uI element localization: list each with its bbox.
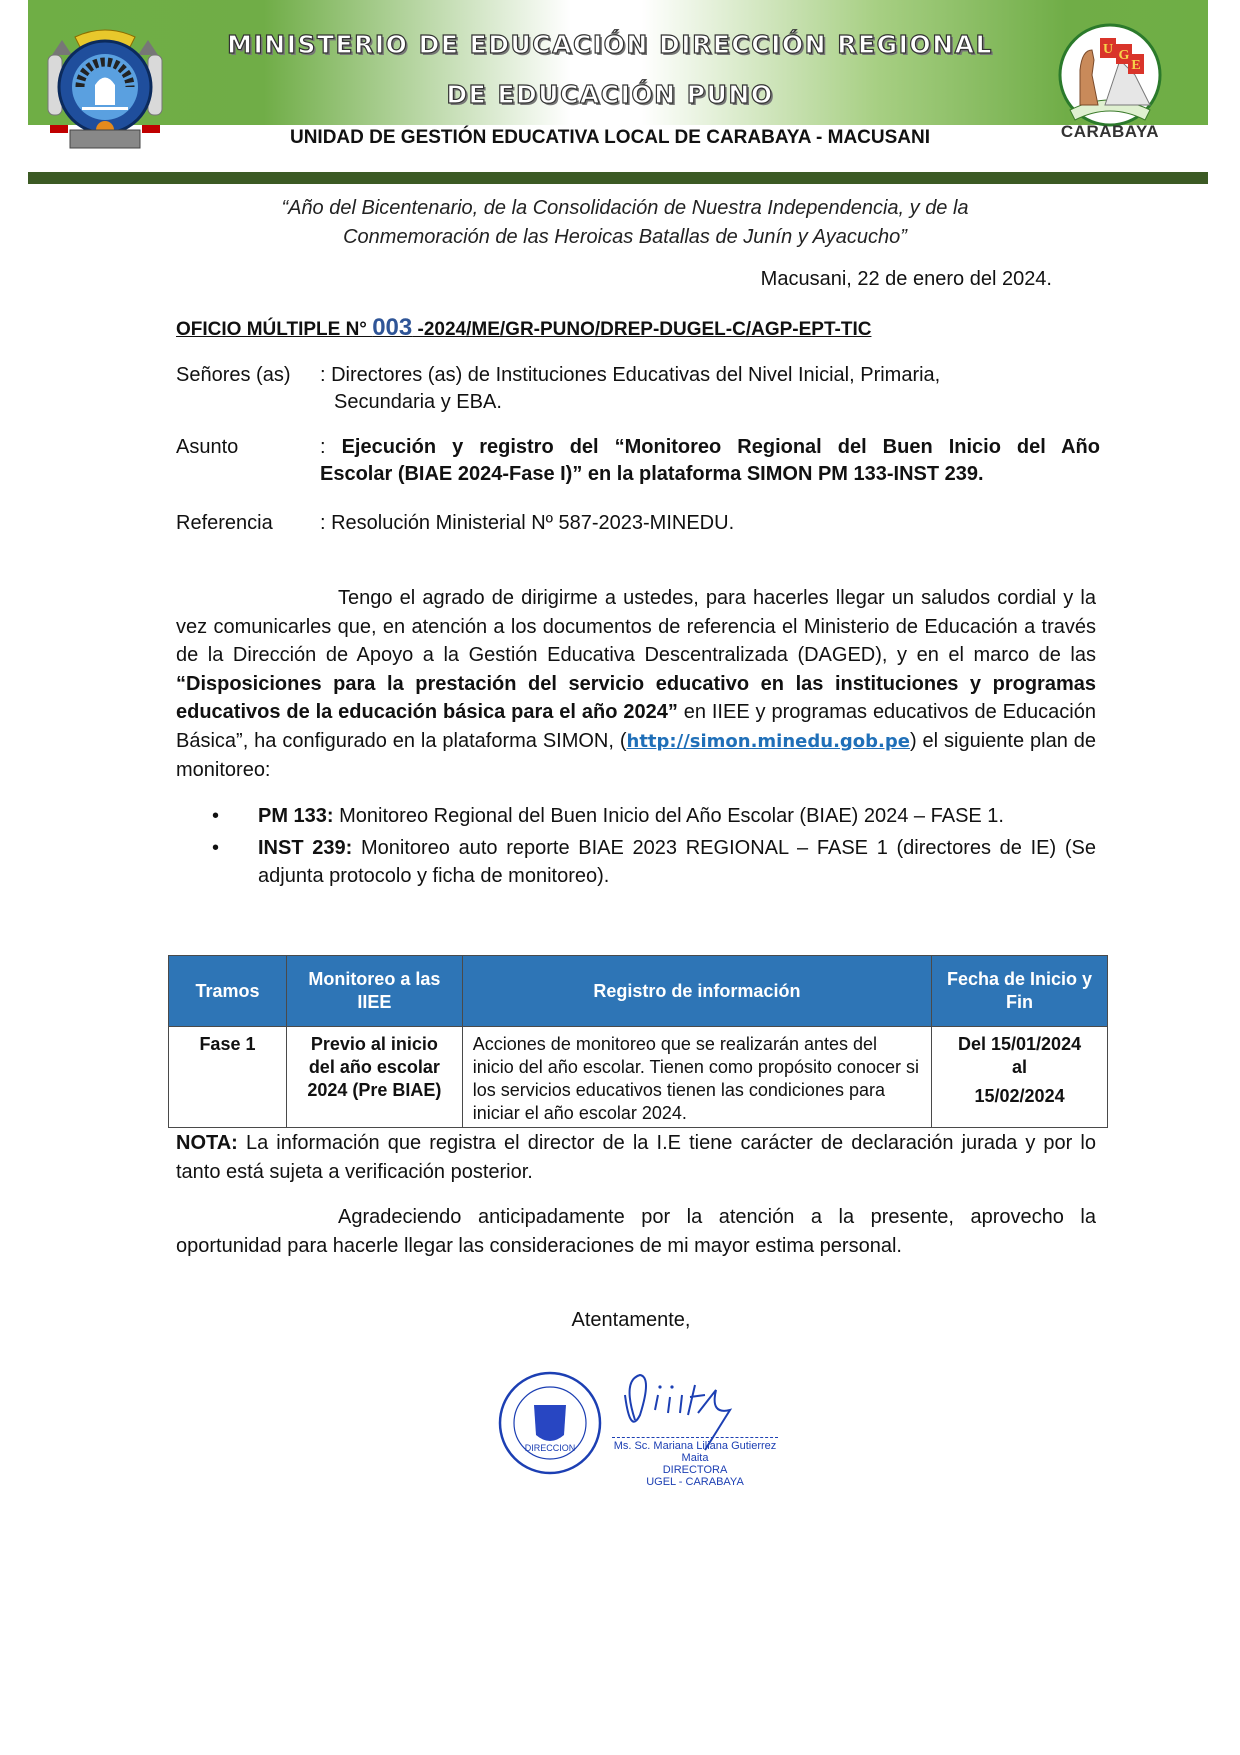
- closing-paragraph: Agradeciendo anticipadamente por la aten…: [176, 1203, 1096, 1261]
- list-item: •PM 133: Monitoreo Regional del Buen Ini…: [176, 802, 1096, 830]
- regional-coat-of-arms-icon: [40, 25, 170, 150]
- table-header-row: Tramos Monitoreo a las IIEE Registro de …: [169, 956, 1108, 1027]
- svg-text:U: U: [1103, 42, 1113, 57]
- ugel-logo-label: CARABAYA: [1050, 122, 1170, 142]
- cell-fecha: Del 15/01/2024 al 15/02/2024: [932, 1027, 1108, 1128]
- recipients-line-1: : Directores (as) de Instituciones Educa…: [320, 362, 1100, 389]
- recipients-label: Señores (as): [176, 362, 316, 389]
- monitoring-plan-list: •PM 133: Monitoreo Regional del Buen Ini…: [176, 802, 1096, 894]
- body-paragraph: Tengo el agrado de dirigirme a ustedes, …: [176, 584, 1096, 785]
- col-header-fecha: Fecha de Inicio y Fin: [932, 956, 1108, 1027]
- salutation-text: Atentamente,: [572, 1309, 691, 1331]
- oficio-number-value: 003: [372, 314, 412, 341]
- svg-text:E: E: [1131, 58, 1140, 73]
- col-header-monitoreo: Monitoreo a las IIEE: [286, 956, 462, 1027]
- header-ministry-title: MINISTERIO DE EDUCACIÓN DIRECCIÓN REGION…: [170, 30, 1050, 59]
- oficio-suffix: -2024/ME/GR-PUNO/DREP-DUGEL-C/AGP-EPT-TI…: [412, 319, 871, 340]
- recipients-line-2: Secundaria y EBA.: [320, 389, 1100, 416]
- date-start: Del 15/01/2024: [942, 1033, 1097, 1056]
- salutation: Atentamente,: [176, 1306, 1096, 1335]
- header-divider: [28, 172, 1208, 184]
- reference-value: : Resolución Ministerial Nº 587-2023-MIN…: [320, 510, 1100, 537]
- year-motto: “Año del Bicentenario, de la Consolidaci…: [150, 194, 1100, 252]
- subject-label: Asunto: [176, 434, 316, 461]
- subject-line-1: Ejecución y registro del “Monitoreo Regi…: [342, 436, 1100, 458]
- note-text: La información que registra el director …: [176, 1132, 1096, 1183]
- simon-link[interactable]: http://simon.minedu.gob.pe: [627, 731, 910, 752]
- signatory-name: Ms. Sc. Mariana Liliana Gutierrez Maita: [610, 1440, 780, 1464]
- note-label: NOTA:: [176, 1132, 238, 1154]
- document-date: Macusani, 22 de enero del 2024.: [761, 268, 1052, 291]
- body-text-a: Tengo el agrado de dirigirme a ustedes, …: [176, 587, 1096, 666]
- motto-line-1: “Año del Bicentenario, de la Consolidaci…: [150, 194, 1100, 223]
- note-paragraph: NOTA: La información que registra el dir…: [176, 1129, 1096, 1186]
- cell-monitoreo: Previo al inicio del año escolar 2024 (P…: [286, 1027, 462, 1128]
- monitoring-schedule-table: Tramos Monitoreo a las IIEE Registro de …: [168, 955, 1108, 1128]
- plan-description: Monitoreo auto reporte BIAE 2023 REGIONA…: [258, 837, 1096, 887]
- bullet-icon: •: [212, 802, 219, 830]
- cell-tramo: Fase 1: [169, 1027, 287, 1128]
- motto-line-2: Conmemoración de las Heroicas Batallas d…: [150, 223, 1100, 252]
- table-row: Fase 1 Previo al inicio del año escolar …: [169, 1027, 1108, 1128]
- recipients-value: : Directores (as) de Instituciones Educa…: [320, 362, 1100, 416]
- cell-registro: Acciones de monitoreo que se realizarán …: [462, 1027, 931, 1128]
- list-item: •INST 239: Monitoreo auto reporte BIAE 2…: [176, 834, 1096, 890]
- date-end: 15/02/2024: [942, 1085, 1097, 1108]
- signatory-block: Ms. Sc. Mariana Liliana Gutierrez Maita …: [610, 1440, 780, 1488]
- svg-text:G: G: [1119, 48, 1130, 63]
- subject-line-2: Escolar (BIAE 2024-Fase I)” en la plataf…: [320, 461, 1100, 488]
- plan-description: Monitoreo Regional del Buen Inicio del A…: [334, 805, 1004, 827]
- header-ugel-title: UNIDAD DE GESTIÓN EDUCATIVA LOCAL DE CAR…: [170, 127, 1050, 149]
- ugel-carabaya-logo-icon: U G E: [1050, 20, 1170, 135]
- plan-code: INST 239:: [258, 837, 352, 859]
- oficio-number: OFICIO MÚLTIPLE N° 003 -2024/ME/GR-PUNO/…: [176, 314, 871, 342]
- signatory-title: DIRECTORA: [610, 1464, 780, 1476]
- reference-label: Referencia: [176, 510, 316, 537]
- subject-colon: :: [320, 436, 342, 458]
- subject-value: : Ejecución y registro del “Monitoreo Re…: [320, 434, 1100, 488]
- col-header-tramos: Tramos: [169, 956, 287, 1027]
- signatory-office: UGEL - CARABAYA: [610, 1476, 780, 1488]
- oficio-prefix: OFICIO MÚLTIPLE N°: [176, 319, 372, 340]
- header-ministry-subtitle: DE EDUCACIÓN PUNO: [170, 80, 1050, 109]
- signature-line: [612, 1437, 778, 1438]
- plan-code: PM 133:: [258, 805, 334, 827]
- bullet-icon: •: [212, 834, 219, 862]
- svg-text:DIRECCION: DIRECCION: [525, 1443, 576, 1453]
- date-connector: al: [942, 1056, 1097, 1079]
- col-header-registro: Registro de información: [462, 956, 931, 1027]
